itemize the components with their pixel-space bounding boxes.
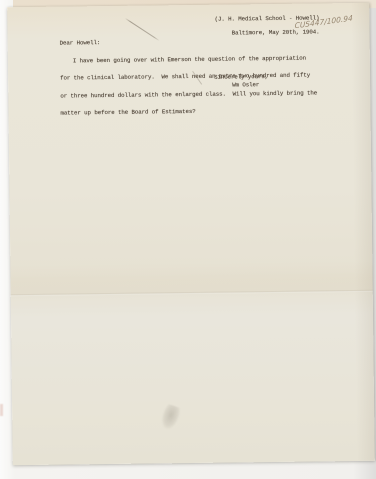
paper-crease-mark [125,18,160,41]
closing: Sincerely yours, [214,74,268,80]
scan-edge-mark [0,404,3,416]
body-line: for the clinical laboratory. We shall ne… [60,73,317,82]
dateline: Baltimore, May 20th, 1904. [232,29,320,36]
salutation: Dear Howell: [60,40,101,46]
letter-paper: (J. H. Medical School - Howell) CUS447/1… [7,3,375,465]
scanned-letter-page: (J. H. Medical School - Howell) CUS447/1… [0,0,376,479]
body-line: or three hundred dollars with the enlarg… [60,90,317,99]
signature: Wm Osler [232,82,259,88]
paper-smudge [159,403,182,431]
body-line: matter up before the Board of Estimates? [60,107,317,116]
body-line: I have been going over with Emerson the … [60,55,317,64]
letter-body: I have been going over with Emerson the … [60,44,318,128]
